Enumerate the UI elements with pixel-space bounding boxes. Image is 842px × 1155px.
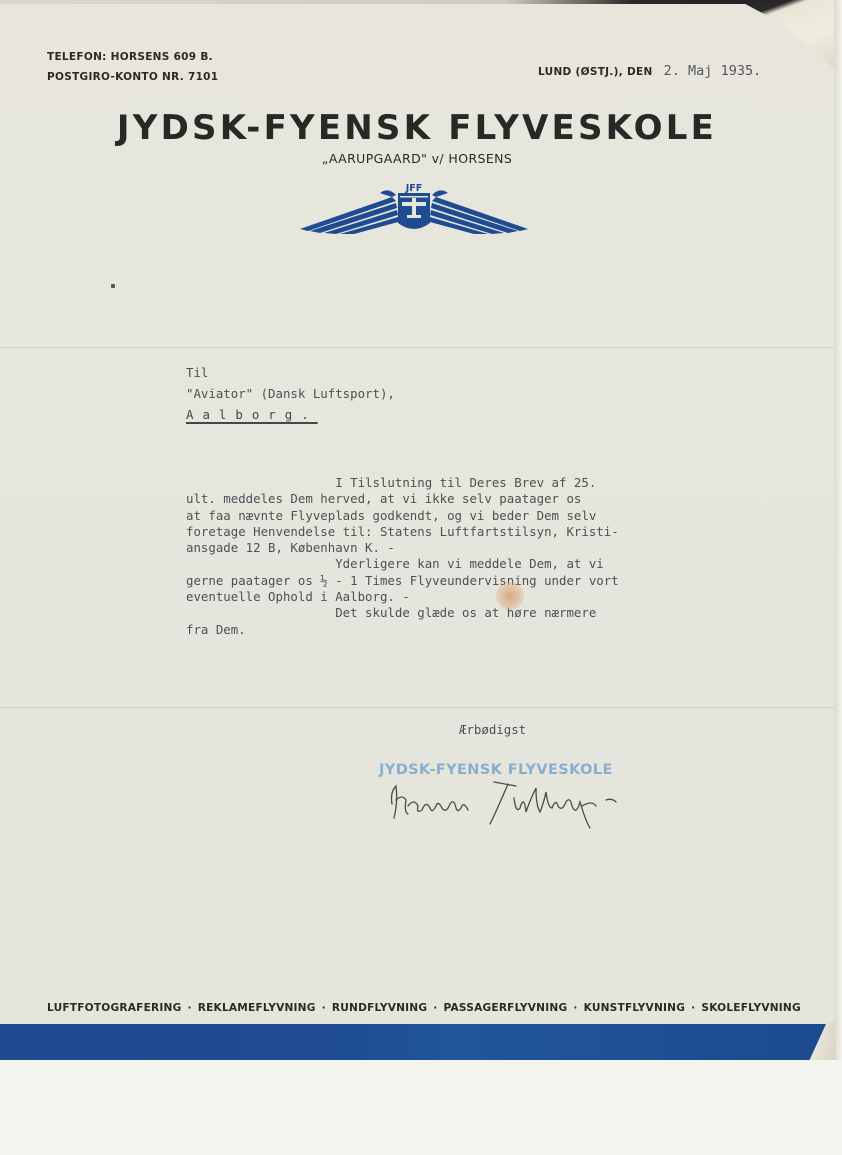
recipient-block: Til "Aviator" (Dansk Luftsport), Aalborg… <box>186 362 395 425</box>
recipient-prefix: Til <box>186 362 395 383</box>
separator-dot: · <box>691 1002 695 1014</box>
dateline: LUND (ØSTJ.), DEN 2. Maj 1935. <box>538 60 761 79</box>
recipient-city: Aalborg. <box>186 407 318 422</box>
paper-edge <box>834 0 842 1060</box>
service-item: KUNSTFLYVNING <box>584 1002 686 1014</box>
service-item: RUNDFLYVNING <box>332 1002 427 1014</box>
letter-body: I Tilslutning til Deres Brev af 25. ult.… <box>186 475 619 638</box>
giro-account-line: POSTGIRO-KONTO NR. 7101 <box>47 67 218 87</box>
service-item: PASSAGERFLYVNING <box>444 1002 568 1014</box>
company-name: JYDSK-FYENSK FLYVESKOLE <box>0 108 834 148</box>
footer-blue-band <box>0 1024 826 1060</box>
svg-text:JFF: JFF <box>405 183 423 194</box>
handwritten-signature <box>386 772 646 832</box>
telephone-line: TELEFON: HORSENS 609 B. <box>47 47 218 67</box>
winged-logo-icon: JFF <box>296 183 532 235</box>
company-address: „AARUPGAARD" v/ HORSENS <box>0 151 834 166</box>
separator-dot: · <box>433 1002 437 1014</box>
fold-crease <box>0 707 834 709</box>
separator-dot: · <box>188 1002 192 1014</box>
service-item: REKLAMEFLYVNING <box>198 1002 316 1014</box>
recipient-name: "Aviator" (Dansk Luftsport), <box>186 383 395 404</box>
scanner-background <box>0 1060 842 1155</box>
service-item: SKOLEFLYVNING <box>701 1002 801 1014</box>
place-label: LUND (ØSTJ.), DEN <box>538 66 653 78</box>
contact-info: TELEFON: HORSENS 609 B. POSTGIRO-KONTO N… <box>47 47 218 87</box>
closing-salutation: Ærbødigst <box>459 722 526 737</box>
services-list: LUFTFOTOGRAFERING·REKLAMEFLYVNING·RUNDFL… <box>47 1002 801 1014</box>
scan-edge-shadow <box>0 0 842 4</box>
ink-dot <box>111 284 115 288</box>
paper-stain <box>496 582 524 610</box>
separator-dot: · <box>322 1002 326 1014</box>
letter-date: 2. Maj 1935. <box>664 63 762 79</box>
service-item: LUFTFOTOGRAFERING <box>47 1002 182 1014</box>
fold-crease <box>0 347 834 349</box>
separator-dot: · <box>573 1002 577 1014</box>
